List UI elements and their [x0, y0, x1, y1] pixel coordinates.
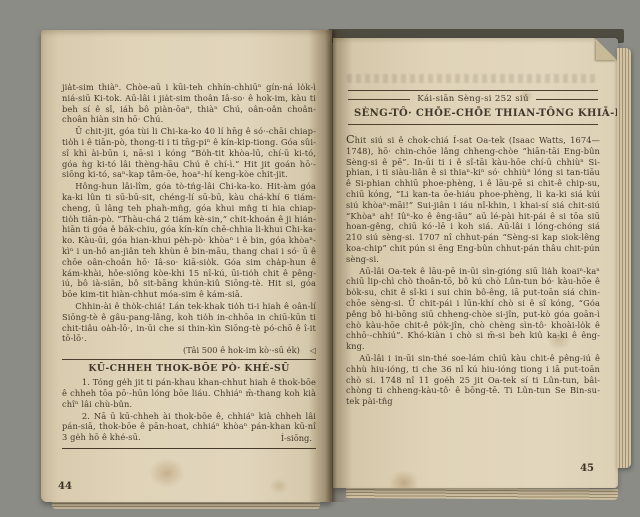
book-photo: jia̍t-sim thiàⁿ. Chòe-aū i kūi-teh chhín…	[0, 0, 640, 517]
credit-line: (Tâi 500 ê hok-im kò·-sū e̍k)	[183, 345, 300, 356]
book-fore-edge	[617, 48, 631, 468]
footer-rule	[62, 448, 316, 449]
paragraph: Aū-lâi Oa-tek ê lāu-pē in-ūi sìn-gióng s…	[346, 266, 600, 352]
paragraph: Aū-lâi i in-ūi sin-thé soe-lám chiū kàu …	[346, 353, 600, 407]
dash-rule	[536, 99, 598, 100]
paper-stain	[269, 478, 289, 494]
divider-rule	[62, 359, 316, 360]
dash-rule	[348, 99, 410, 100]
paper-stain	[149, 458, 185, 488]
paragraph: Ū chit-jit, góa tùi li Chi-ka-ko 40 lí h…	[62, 126, 316, 180]
page-number-right: 45	[580, 463, 594, 474]
hymn-reference-row: Kái-siān Sèng-si 252 siú	[348, 94, 598, 104]
paper-stain	[389, 470, 419, 488]
page-number-left: 44	[58, 481, 72, 492]
section-header: KŪ-CHHEH THOK-BŌE PÒ· KHÉ-SŪ	[62, 363, 316, 374]
hymn-reference: Kái-siān Sèng-si 252 siú	[417, 94, 529, 104]
page-stack-edge-bottom-left	[52, 501, 320, 509]
showthrough-text-ghost	[347, 74, 599, 83]
notice-item: 1. Tóng ge̍h jit ti pán-khau khan-chhut …	[62, 377, 316, 409]
paragraph: Chit siú si ê chok-chiá Í-sat Oa-tek (Is…	[346, 135, 600, 265]
signoff: Í-siōng.	[281, 433, 312, 443]
paragraph: Chhin-ài ê tho̍k-chiá! Lán tek-khak tio̍…	[62, 301, 316, 344]
paragraph: jia̍t-sim thiàⁿ. Chòe-aū i kūi-teh chhín…	[62, 82, 316, 125]
page-stack-edge-bottom-right	[346, 487, 618, 500]
left-page: jia̍t-sim thiàⁿ. Chòe-aū i kūi-teh chhín…	[41, 30, 332, 502]
hymn-title: SÈNG-TÔ· CHŌE-CHŌE THIAN-TÔNG KHIĀ-KHÍ	[354, 108, 618, 119]
right-page: Kái-siān Sèng-si 252 siú SÈNG-TÔ· CHŌE-C…	[333, 38, 618, 488]
hymn-title-row: SÈNG-TÔ· CHŌE-CHŌE THIAN-TÔNG KHIĀ-KHÍ	[348, 108, 598, 119]
credit-line-row: (Tâi 500 ê hok-im kò·-sū e̍k) ◁	[62, 345, 316, 356]
header-rule-top	[348, 90, 598, 91]
dog-ear-fold	[596, 39, 617, 60]
section-end-icon: ◁	[310, 345, 316, 356]
header-rule-bottom	[348, 124, 598, 125]
hymn-header: Kái-siān Sèng-si 252 siú SÈNG-TÔ· CHŌE-C…	[348, 90, 598, 125]
paragraph: Hông-hun lâi-lîm, góa tò-tńg-lâi Chi-ka-…	[62, 181, 316, 300]
